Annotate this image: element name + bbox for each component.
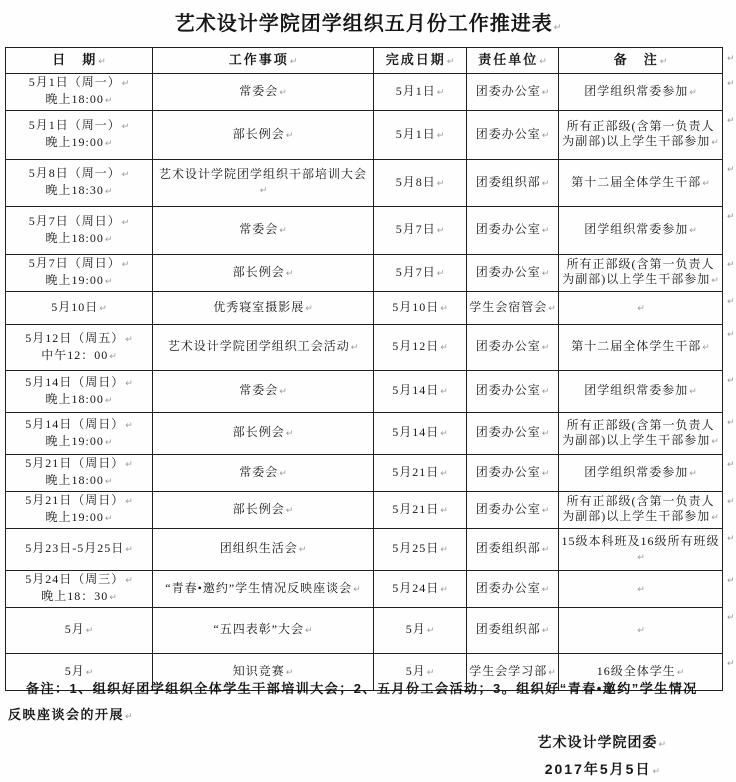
paragraph-mark: ↵ — [688, 226, 697, 236]
table-row: 5月1日（周一）↵晚上18:00↵常委会↵5月1日↵团委办公室↵团学组织常委参加… — [6, 74, 736, 111]
cell-date: 5月24日（周三）↵晚上18：30↵ — [6, 571, 153, 608]
paragraph-mark: ↵ — [439, 304, 448, 314]
cell-completion-date: 5月↵ — [374, 608, 467, 654]
cell-remark: 15级本科班及16级所有班级↵ — [559, 529, 723, 571]
paragraph-mark: ↵ — [541, 387, 550, 397]
signature-date: 2017年5月5日↵ — [545, 759, 660, 779]
cell-responsible-unit: 团委办公室↵ — [467, 74, 559, 111]
cell-date: 5月10日↵ — [6, 292, 153, 325]
cell-date: 5月7日（周日）↵晚上19:00↵ — [6, 255, 153, 292]
cell-work-item: “五四表彰”大会↵ — [153, 608, 374, 654]
paragraph-mark: ↵ — [541, 226, 550, 236]
paragraph-mark: ↵ — [726, 613, 735, 623]
cell-date: 5月1日（周一）↵晚上19:00↵ — [6, 111, 153, 160]
row-end-mark: ↵ — [723, 371, 736, 413]
table-row: 5月12日（周五）↵中午12：00↵艺术设计学院团学组织工会活动↵5月12日↵团… — [6, 325, 736, 371]
paragraph-mark: ↵ — [124, 497, 133, 507]
cell-work-item: 优秀寝室摄影展↵ — [153, 292, 374, 325]
schedule-table: 日 期↵工作事项↵完成日期↵责任单位↵备 注↵↵ 5月1日（周一）↵晚上18:0… — [5, 47, 736, 691]
row-end-mark: ↵ — [723, 207, 736, 255]
cell-work-item: 部长例会↵ — [153, 255, 374, 292]
paragraph-mark: ↵ — [651, 767, 660, 777]
row-end-mark: ↵ — [723, 413, 736, 455]
cell-completion-date: 5月12日↵ — [374, 325, 467, 371]
paragraph-mark: ↵ — [726, 297, 735, 307]
paragraph-mark: ↵ — [726, 418, 735, 428]
cell-completion-date: 5月14日↵ — [374, 413, 467, 455]
cell-completion-date: 5月21日↵ — [374, 455, 467, 492]
paragraph-mark: ↵ — [726, 212, 735, 222]
table-row: 5月21日（周日）↵晚上19:00↵部长例会↵5月21日↵团委办公室↵所有正部级… — [6, 492, 736, 529]
paragraph-mark: ↵ — [636, 585, 645, 595]
cell-date: 5月7日（周日）↵晚上18:00↵ — [6, 207, 153, 255]
paragraph-mark: ↵ — [350, 343, 359, 353]
paragraph-mark: ↵ — [541, 343, 550, 353]
paragraph-mark: ↵ — [701, 343, 710, 353]
row-end-mark: ↵ — [723, 160, 736, 207]
table-row: 5月21日（周日）↵晚上18:00↵常委会↵5月21日↵团委办公室↵团学组织常委… — [6, 455, 736, 492]
cell-responsible-unit: 团委办公室↵ — [467, 207, 559, 255]
paragraph-mark: ↵ — [726, 659, 735, 669]
paragraph-mark: ↵ — [98, 304, 107, 314]
cell-responsible-unit: 团委办公室↵ — [467, 455, 559, 492]
cell-date: 5月21日（周日）↵晚上18:00↵ — [6, 455, 153, 492]
row-end-mark: ↵ — [723, 111, 736, 160]
paragraph-mark: ↵ — [636, 304, 645, 314]
paragraph-mark: ↵ — [439, 545, 448, 555]
column-header-1: 工作事项↵ — [153, 48, 374, 74]
paragraph-mark: ↵ — [688, 88, 697, 98]
cell-responsible-unit: 团委组织部↵ — [467, 529, 559, 571]
table-row: 5月7日（周日）↵晚上18:00↵常委会↵5月7日↵团委办公室↵团学组织常委参加… — [6, 207, 736, 255]
paragraph-mark: ↵ — [439, 469, 448, 479]
paragraph-mark: ↵ — [439, 429, 448, 439]
paragraph-mark: ↵ — [710, 138, 719, 148]
cell-date: 5月12日（周五）↵中午12：00↵ — [6, 325, 153, 371]
paragraph-mark: ↵ — [726, 165, 735, 175]
cell-work-item: “青春•邀约”学生情况反映座谈会↵ — [153, 571, 374, 608]
cell-completion-date: 5月8日↵ — [374, 160, 467, 207]
cell-responsible-unit: 团委办公室↵ — [467, 325, 559, 371]
paragraph-mark: ↵ — [285, 506, 294, 516]
paragraph-mark: ↵ — [104, 396, 113, 406]
paragraph-mark: ↵ — [726, 260, 735, 270]
cell-responsible-unit: 团委组织部↵ — [467, 160, 559, 207]
cell-work-item: 部长例会↵ — [153, 492, 374, 529]
paragraph-mark: ↵ — [278, 226, 287, 236]
paragraph-mark: ↵ — [278, 387, 287, 397]
table-row: 5月1日（周一）↵晚上19:00↵部长例会↵5月1日↵团委办公室↵所有正部级(含… — [6, 111, 736, 160]
paragraph-mark: ↵ — [104, 438, 113, 448]
cell-work-item: 团组织生活会↵ — [153, 529, 374, 571]
table-body: 5月1日（周一）↵晚上18:00↵常委会↵5月1日↵团委办公室↵团学组织常委参加… — [6, 74, 736, 691]
paragraph-mark: ↵ — [104, 139, 113, 149]
table-row: 5月↵“五四表彰”大会↵5月↵团委组织部↵↵↵ — [6, 608, 736, 654]
paragraph-mark: ↵ — [124, 421, 133, 431]
cell-remark: 所有正部级(含第一负责人为副部)以上学生干部参加↵ — [559, 413, 723, 455]
paragraph-mark: ↵ — [726, 497, 735, 507]
cell-completion-date: 5月24日↵ — [374, 571, 467, 608]
paragraph-mark: ↵ — [726, 576, 735, 586]
paragraph-mark: ↵ — [688, 469, 697, 479]
cell-completion-date: 5月21日↵ — [374, 492, 467, 529]
cell-remark: ↵ — [559, 292, 723, 325]
cell-remark: 第十二届全体学生干部↵ — [559, 325, 723, 371]
cell-completion-date: 5月1日↵ — [374, 74, 467, 111]
paragraph-mark: ↵ — [538, 57, 547, 67]
paragraph-mark: ↵ — [436, 269, 445, 279]
paragraph-mark: ↵ — [439, 585, 448, 595]
paragraph-mark: ↵ — [710, 276, 719, 286]
paragraph-mark: ↵ — [104, 514, 113, 524]
paragraph-mark: ↵ — [636, 553, 645, 563]
paragraph-mark: ↵ — [688, 387, 697, 397]
cell-remark: 团学组织常委参加↵ — [559, 74, 723, 111]
paragraph-mark: ↵ — [289, 57, 298, 67]
paragraph-mark: ↵ — [121, 170, 130, 180]
header-row: 日 期↵工作事项↵完成日期↵责任单位↵备 注↵↵ — [6, 48, 736, 74]
paragraph-mark: ↵ — [439, 387, 448, 397]
table-row: 5月24日（周三）↵晚上18：30↵“青春•邀约”学生情况反映座谈会↵5月24日… — [6, 571, 736, 608]
cell-completion-date: 5月25日↵ — [374, 529, 467, 571]
paragraph-mark: ↵ — [659, 57, 668, 67]
paragraph-mark: ↵ — [104, 277, 113, 287]
paragraph-mark: ↵ — [121, 218, 130, 228]
cell-date: 5月14日（周日）↵晚上19:00↵ — [6, 413, 153, 455]
row-end-mark: ↵ — [723, 48, 736, 74]
paragraph-mark: ↵ — [726, 330, 735, 340]
row-end-mark: ↵ — [723, 292, 736, 325]
cell-responsible-unit: 团委办公室↵ — [467, 255, 559, 292]
paragraph-mark: ↵ — [124, 460, 133, 470]
paragraph-mark: ↵ — [121, 260, 130, 270]
cell-responsible-unit: 团委办公室↵ — [467, 571, 559, 608]
paragraph-mark: ↵ — [304, 626, 313, 636]
paragraph-mark: ↵ — [541, 88, 550, 98]
cell-remark: 所有正部级(含第一负责人为副部)以上学生干部参加↵ — [559, 492, 723, 529]
cell-work-item: 艺术设计学院团学组织工会活动↵ — [153, 325, 374, 371]
paragraph-mark: ↵ — [426, 626, 435, 636]
paragraph-mark: ↵ — [710, 513, 719, 523]
cell-completion-date: 5月10日↵ — [374, 292, 467, 325]
cell-work-item: 艺术设计学院团学组织干部培训大会↵ — [153, 160, 374, 207]
table-row: 5月14日（周日）↵晚上19:00↵部长例会↵5月14日↵团委办公室↵所有正部级… — [6, 413, 736, 455]
cell-work-item: 常委会↵ — [153, 371, 374, 413]
cell-remark: 团学组织常委参加↵ — [559, 207, 723, 255]
paragraph-mark: ↵ — [285, 429, 294, 439]
paragraph-mark: ↵ — [541, 545, 550, 555]
paragraph-mark: ↵ — [104, 187, 113, 197]
row-end-mark: ↵ — [723, 325, 736, 371]
row-end-mark: ↵ — [723, 455, 736, 492]
paragraph-mark: ↵ — [124, 576, 133, 586]
paragraph-mark: ↵ — [541, 469, 550, 479]
paragraph-mark: ↵ — [541, 506, 550, 516]
row-end-mark: ↵ — [723, 74, 736, 111]
paragraph-mark: ↵ — [278, 88, 287, 98]
paragraph-mark: ↵ — [726, 116, 735, 126]
row-end-mark: ↵ — [723, 492, 736, 529]
cell-responsible-unit: 团委组织部↵ — [467, 608, 559, 654]
paragraph-mark: ↵ — [124, 335, 133, 345]
column-header-3: 责任单位↵ — [467, 48, 559, 74]
cell-completion-date: 5月14日↵ — [374, 371, 467, 413]
paragraph-mark: ↵ — [710, 437, 719, 447]
cell-completion-date: 5月7日↵ — [374, 255, 467, 292]
cell-work-item: 部长例会↵ — [153, 111, 374, 160]
paragraph-mark: ↵ — [278, 469, 287, 479]
paragraph-mark: ↵ — [439, 506, 448, 516]
cell-remark: ↵ — [559, 571, 723, 608]
footnote: 备注：1、组织好团学组织全体学生干部培训大会；2、五月份工会活动；3。组织好“青… — [8, 676, 712, 730]
table-row: 5月7日（周日）↵晚上19:00↵部长例会↵5月7日↵团委办公室↵所有正部级(含… — [6, 255, 736, 292]
paragraph-mark: ↵ — [541, 429, 550, 439]
paragraph-mark: ↵ — [124, 545, 133, 555]
column-header-0: 日 期↵ — [6, 48, 153, 74]
cell-remark: 团学组织常委参加↵ — [559, 371, 723, 413]
column-header-2: 完成日期↵ — [374, 48, 467, 74]
paragraph-mark: ↵ — [108, 352, 117, 362]
paragraph-mark: ↵ — [85, 626, 94, 636]
paragraph-mark: ↵ — [124, 712, 133, 722]
cell-responsible-unit: 团委办公室↵ — [467, 111, 559, 160]
table-row: 5月23日-5月25日↵团组织生活会↵5月25日↵团委组织部↵15级本科班及16… — [6, 529, 736, 571]
paragraph-mark: ↵ — [726, 54, 735, 64]
paragraph-mark: ↵ — [108, 593, 117, 603]
cell-remark: ↵ — [559, 608, 723, 654]
paragraph-mark: ↵ — [121, 122, 130, 132]
cell-work-item: 部长例会↵ — [153, 413, 374, 455]
signature: 艺术设计学院团委↵ — [537, 732, 666, 752]
cell-remark: 第十二届全体学生干部↵ — [559, 160, 723, 207]
row-end-mark: ↵ — [723, 255, 736, 292]
paragraph-mark: ↵ — [726, 376, 735, 386]
paragraph-mark: ↵ — [553, 23, 562, 33]
paragraph-mark: ↵ — [439, 343, 448, 353]
table-row: 5月14日（周日）↵晚上18:00↵常委会↵5月14日↵团委办公室↵团学组织常委… — [6, 371, 736, 413]
paragraph-mark: ↵ — [436, 226, 445, 236]
cell-date: 5月23日-5月25日↵ — [6, 529, 153, 571]
paragraph-mark: ↵ — [446, 57, 455, 67]
paragraph-mark: ↵ — [104, 477, 113, 487]
paragraph-mark: ↵ — [541, 626, 550, 636]
paragraph-mark: ↵ — [726, 79, 735, 89]
cell-responsible-unit: 团委办公室↵ — [467, 371, 559, 413]
paragraph-mark: ↵ — [726, 460, 735, 470]
paragraph-mark: ↵ — [124, 379, 133, 389]
paragraph-mark: ↵ — [285, 131, 294, 141]
paragraph-mark: ↵ — [97, 57, 106, 67]
paragraph-mark: ↵ — [436, 131, 445, 141]
table-row: 5月8日（周一）↵晚上18:30↵艺术设计学院团学组织干部培训大会↵5月8日↵团… — [6, 160, 736, 207]
paragraph-mark: ↵ — [541, 585, 550, 595]
paragraph-mark: ↵ — [636, 626, 645, 636]
paragraph-mark: ↵ — [298, 545, 307, 555]
document-title: 艺术设计学院团学组织五月份工作推进表↵ — [175, 13, 562, 35]
row-end-mark: ↵ — [723, 654, 736, 691]
row-end-mark: ↵ — [723, 608, 736, 654]
cell-responsible-unit: 团委办公室↵ — [467, 492, 559, 529]
cell-date: 5月21日（周日）↵晚上19:00↵ — [6, 492, 153, 529]
paragraph-mark: ↵ — [436, 179, 445, 189]
paragraph-mark: ↵ — [285, 269, 294, 279]
paragraph-mark: ↵ — [657, 740, 666, 750]
cell-remark: 团学组织常委参加↵ — [559, 455, 723, 492]
cell-date: 5月↵ — [6, 608, 153, 654]
title-line: 艺术设计学院团学组织五月份工作推进表↵ — [0, 7, 736, 36]
paragraph-mark: ↵ — [541, 179, 550, 189]
row-end-mark: ↵ — [723, 529, 736, 571]
paragraph-mark: ↵ — [436, 88, 445, 98]
cell-completion-date: 5月7日↵ — [374, 207, 467, 255]
paragraph-mark: ↵ — [547, 304, 556, 314]
paragraph-mark: ↵ — [726, 534, 735, 544]
cell-responsible-unit: 学生会宿管会↵ — [467, 292, 559, 325]
cell-work-item: 常委会↵ — [153, 207, 374, 255]
paragraph-mark: ↵ — [304, 304, 313, 314]
paragraph-mark: ↵ — [701, 179, 710, 189]
row-end-mark: ↵ — [723, 571, 736, 608]
paragraph-mark: ↵ — [104, 235, 113, 245]
cell-date: 5月1日（周一）↵晚上18:00↵ — [6, 74, 153, 111]
cell-remark: 所有正部级(含第一负责人为副部)以上学生干部参加↵ — [559, 255, 723, 292]
paragraph-mark: ↵ — [541, 269, 550, 279]
cell-work-item: 常委会↵ — [153, 455, 374, 492]
document-page: 艺术设计学院团学组织五月份工作推进表↵ 日 期↵工作事项↵完成日期↵责任单位↵备… — [0, 0, 736, 782]
paragraph-mark: ↵ — [541, 131, 550, 141]
paragraph-mark: ↵ — [104, 96, 113, 106]
cell-work-item: 常委会↵ — [153, 74, 374, 111]
cell-date: 5月8日（周一）↵晚上18:30↵ — [6, 160, 153, 207]
cell-remark: 所有正部级(含第一负责人为副部)以上学生干部参加↵ — [559, 111, 723, 160]
table-row: 5月10日↵优秀寝室摄影展↵5月10日↵学生会宿管会↵↵↵ — [6, 292, 736, 325]
column-header-4: 备 注↵ — [559, 48, 723, 74]
cell-date: 5月14日（周日）↵晚上18:00↵ — [6, 371, 153, 413]
paragraph-mark: ↵ — [121, 79, 130, 89]
paragraph-mark: ↵ — [259, 186, 268, 196]
cell-completion-date: 5月1日↵ — [374, 111, 467, 160]
cell-responsible-unit: 团委办公室↵ — [467, 413, 559, 455]
paragraph-mark: ↵ — [352, 585, 361, 595]
